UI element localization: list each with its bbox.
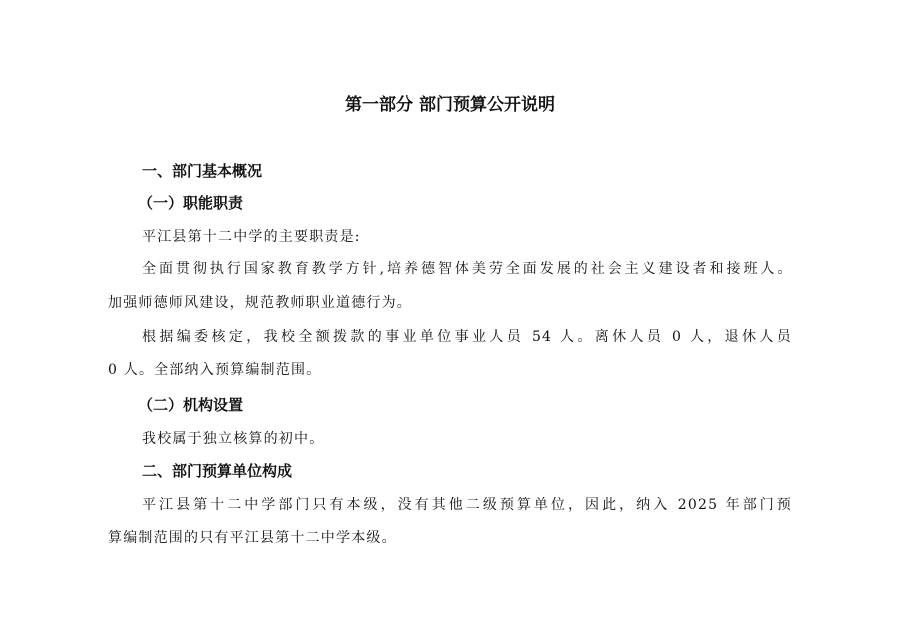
- paragraph: 我校属于独立核算的初中。: [142, 428, 826, 448]
- paragraph: 根据编委核定，我校全额拨款的事业单位事业人员 54 人。离休人员 0 人，退休人…: [142, 326, 792, 346]
- subsection-heading-1-2: （二）机构设置: [138, 394, 822, 415]
- page-title: 第一部分 部门预算公开说明: [0, 90, 900, 115]
- section-heading-2: 二、部门预算单位构成: [142, 460, 826, 481]
- paragraph: 加强师德师风建设，规范教师职业道德行为。: [108, 292, 792, 312]
- subsection-heading-1-1: （一）职能职责: [138, 192, 822, 213]
- paragraph: 平江县第十二中学部门只有本级，没有其他二级预算单位，因此，纳入 2025 年部门…: [142, 494, 792, 514]
- paragraph: 算编制范围的只有平江县第十二中学本级。: [108, 527, 792, 547]
- section-heading-1: 一、部门基本概况: [142, 160, 826, 181]
- paragraph: 0 人。全部纳入预算编制范围。: [108, 359, 792, 379]
- document-page: 第一部分 部门预算公开说明 一、部门基本概况 （一）职能职责 平江县第十二中学的…: [0, 0, 900, 636]
- paragraph: 全面贯彻执行国家教育教学方针,培养德智体美劳全面发展的社会主义建设者和接班人。: [142, 258, 792, 278]
- paragraph: 平江县第十二中学的主要职责是:: [142, 226, 826, 246]
